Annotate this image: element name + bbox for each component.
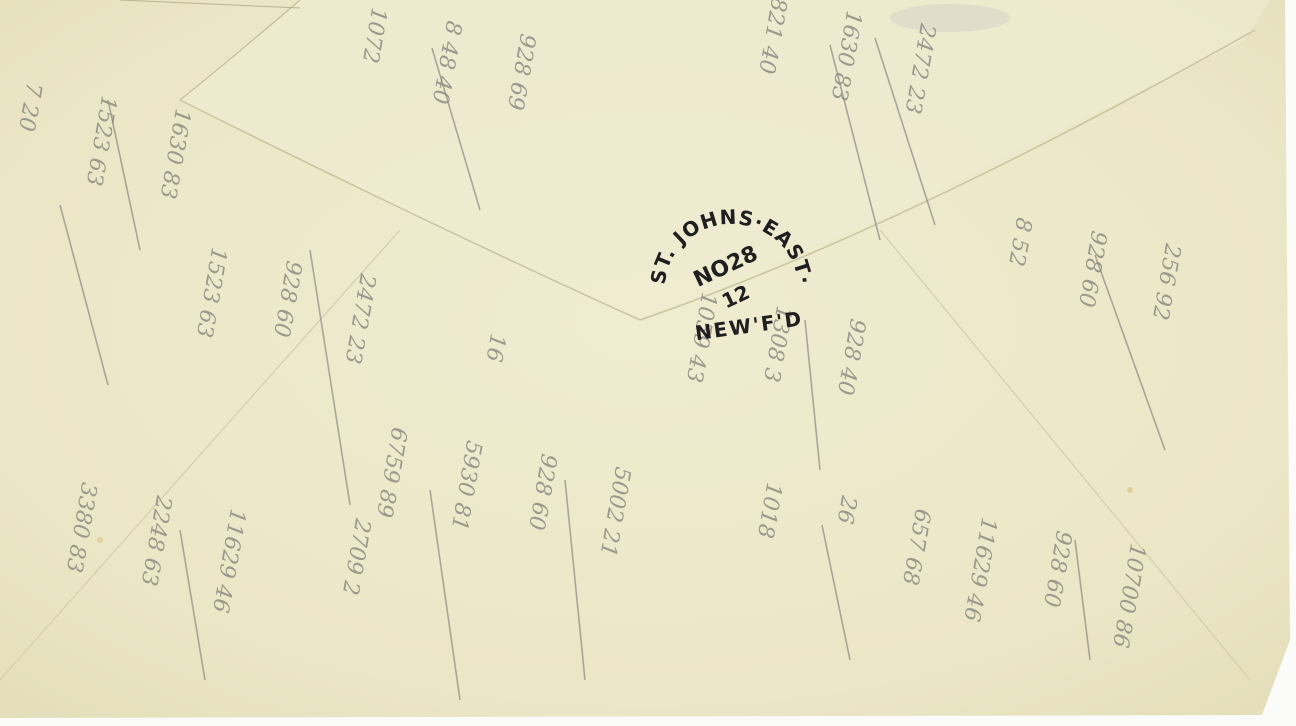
note-line: 11629 46: [207, 507, 250, 615]
note-line: 928 60: [1032, 529, 1075, 637]
note-line: 1523 63: [80, 94, 121, 188]
note-line: 1072: [351, 5, 390, 92]
note-line: 1523 63: [190, 245, 231, 339]
postmark-date: NO28: [690, 241, 762, 292]
postmark-year: 12: [718, 280, 753, 314]
note-line: 2709 2: [337, 517, 375, 597]
note-line: 256 92: [1147, 242, 1185, 322]
note-line: 928 60: [265, 259, 306, 353]
note-line: 928 69: [501, 32, 540, 119]
note-line: 657 68: [897, 507, 935, 587]
note-line: 2472 23: [339, 272, 380, 366]
note-line: 7 20: [5, 80, 46, 174]
note-line: 26: [822, 494, 860, 574]
note-line: 8 52: [997, 215, 1035, 295]
note-line: 1630 83: [154, 107, 195, 201]
note-line: 8 48 40: [426, 19, 465, 106]
note-line: 928 60: [520, 452, 561, 546]
note-line: 2472 23: [899, 22, 940, 116]
note-line: 2248 63: [132, 494, 175, 602]
note-line: 1630 83: [825, 9, 866, 103]
note-line: 821 40: [750, 0, 791, 89]
note-line: 16: [480, 332, 510, 364]
note-line: 10700 86: [1107, 542, 1150, 650]
note-line: 1018: [747, 480, 785, 560]
note-line: 6759 89: [370, 425, 411, 519]
note-line: 5002 21: [594, 465, 635, 559]
note-line: 5930 81: [445, 438, 486, 532]
note-line: 11629 46: [958, 515, 1001, 623]
postmark-stamp: ST. JOHNS·EAST· NEW'F'D NO28 12: [643, 180, 818, 340]
note-line: 928 40: [829, 317, 870, 411]
note-line: 928 60: [1072, 229, 1110, 309]
postmark-bottom-text: NEW'F'D: [693, 306, 804, 340]
note-line: 3380 83: [58, 480, 101, 588]
